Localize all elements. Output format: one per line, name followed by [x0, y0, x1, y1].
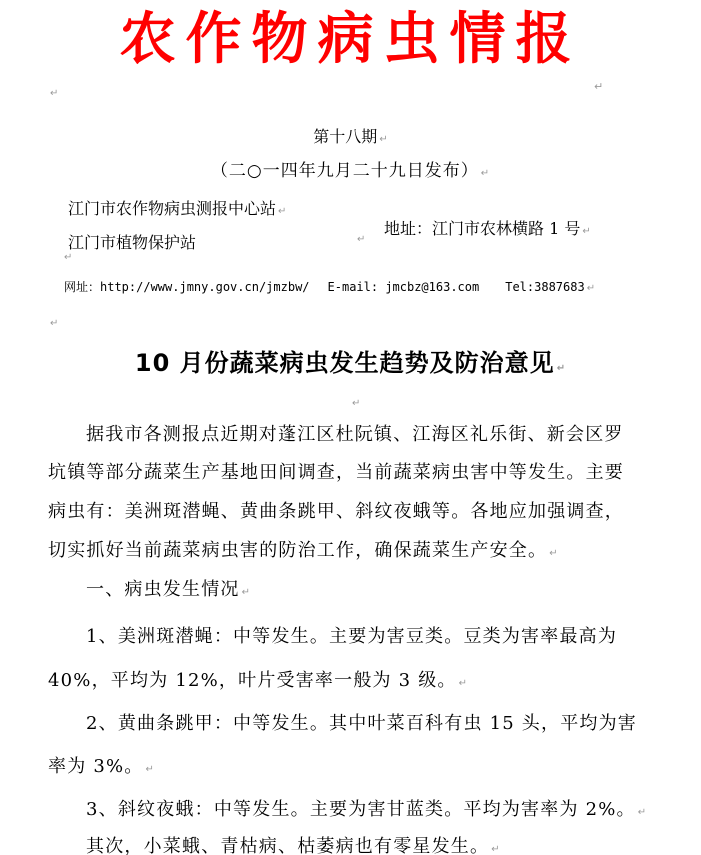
pest-item-line: 3、斜纹夜蛾：中等发生。主要为害甘蓝类。平均为害率为 2%。↵	[86, 795, 647, 821]
intro-line: 据我市各测报点近期对蓬江区杜阮镇、江海区礼乐街、新会区罗	[86, 420, 624, 446]
paragraph-mark-icon: ↵	[587, 283, 595, 294]
paragraph-mark-icon: ↵	[549, 548, 559, 559]
intro-line: 切实抓好当前蔬菜病虫害的防治工作，确保蔬菜生产安全。↵	[48, 536, 559, 562]
pest-item-text: 3、斜纹夜蛾：中等发生。主要为害甘蓝类。平均为害率为 2%。	[86, 799, 636, 820]
paragraph-mark-icon: ↵	[352, 398, 360, 409]
article-title-text: 10 月份蔬菜病虫发生趋势及防治意见	[135, 349, 555, 377]
closing-line: 其次，小菜蛾、青枯病、枯萎病也有零星发生。↵	[86, 832, 501, 855]
paragraph-mark-icon: ↵	[557, 363, 566, 374]
intro-line-text: 切实抓好当前蔬菜病虫害的防治工作，确保蔬菜生产安全。	[48, 540, 547, 561]
paragraph-mark-icon: ↵	[638, 807, 648, 818]
issue-text: 第十八期	[313, 127, 377, 146]
email-link[interactable]: E-mail: jmcbz@163.com	[328, 280, 480, 294]
address: 地址：江门市农林横路 1 号↵	[384, 216, 591, 239]
contact-line: 网址：http://www.jmny.gov.cn/jmzbw/E-mail: …	[64, 278, 595, 295]
organization-text: 江门市植物保护站	[68, 233, 196, 252]
pest-item-line: 率为 3%。↵	[48, 752, 155, 778]
pest-item-text: 率为 3%。	[48, 756, 143, 777]
section-heading-text: 一、病虫发生情况	[86, 579, 240, 600]
paragraph-mark-icon: ↵	[594, 52, 603, 122]
masthead-title-text: 农作物病虫情报	[120, 6, 582, 72]
issue-number: 第十八期↵	[0, 124, 701, 147]
paragraph-mark-icon: ↵	[459, 678, 469, 689]
organization-text: 江门市农作物病虫测报中心站	[68, 199, 276, 218]
telephone: Tel:3887683	[505, 280, 584, 294]
paragraph-mark-icon: ↵	[145, 764, 155, 775]
pest-item-line: 40%，平均为 12%，叶片受害率一般为 3 级。↵	[48, 666, 468, 692]
paragraph-mark-icon: ↵	[582, 226, 590, 237]
paragraph-mark-icon: ↵	[50, 88, 58, 99]
organization-name: 江门市农作物病虫测报中心站↵	[68, 196, 286, 219]
date-text: （二○一四年九月二十九日发布）	[211, 161, 479, 181]
paragraph-mark-icon: ↵	[379, 134, 387, 145]
masthead-title: 农作物病虫情报 ↵	[0, 4, 701, 74]
paragraph-mark-icon: ↵	[64, 252, 72, 263]
paragraph-mark-icon: ↵	[50, 318, 58, 329]
organization-name: 江门市植物保护站	[68, 230, 196, 253]
pest-item-line: 2、黄曲条跳甲：中等发生。其中叶菜百科有虫 15 头，平均为害	[86, 709, 637, 735]
intro-line: 坑镇等部分蔬菜生产基地田间调查，当前蔬菜病虫害中等发生。主要	[48, 458, 624, 484]
paragraph-mark-icon: ↵	[491, 844, 501, 855]
paragraph-mark-icon: ↵	[278, 206, 286, 217]
website-link[interactable]: 网址：http://www.jmny.gov.cn/jmzbw/	[64, 280, 310, 294]
section-heading: 一、病虫发生情况↵	[86, 575, 251, 601]
paragraph-mark-icon: ↵	[242, 587, 252, 598]
pest-item-text: 40%，平均为 12%，叶片受害率一般为 3 级。	[48, 670, 457, 691]
pest-item-line: 1、美洲斑潜蝇：中等发生。主要为害豆类。豆类为害率最高为	[86, 622, 617, 648]
article-title: 10 月份蔬菜病虫发生趋势及防治意见↵	[0, 343, 701, 378]
closing-text: 其次，小菜蛾、青枯病、枯萎病也有零星发生。	[86, 836, 489, 855]
intro-line: 病虫有：美洲斑潜蝇、黄曲条跳甲、斜纹夜蛾等。各地应加强调查，	[48, 497, 624, 523]
paragraph-mark-icon: ↵	[481, 168, 490, 179]
publish-date: （二○一四年九月二十九日发布）↵	[0, 156, 701, 181]
address-text: 地址：江门市农林横路 1 号	[384, 219, 580, 238]
paragraph-mark-icon: ↵	[357, 234, 365, 245]
